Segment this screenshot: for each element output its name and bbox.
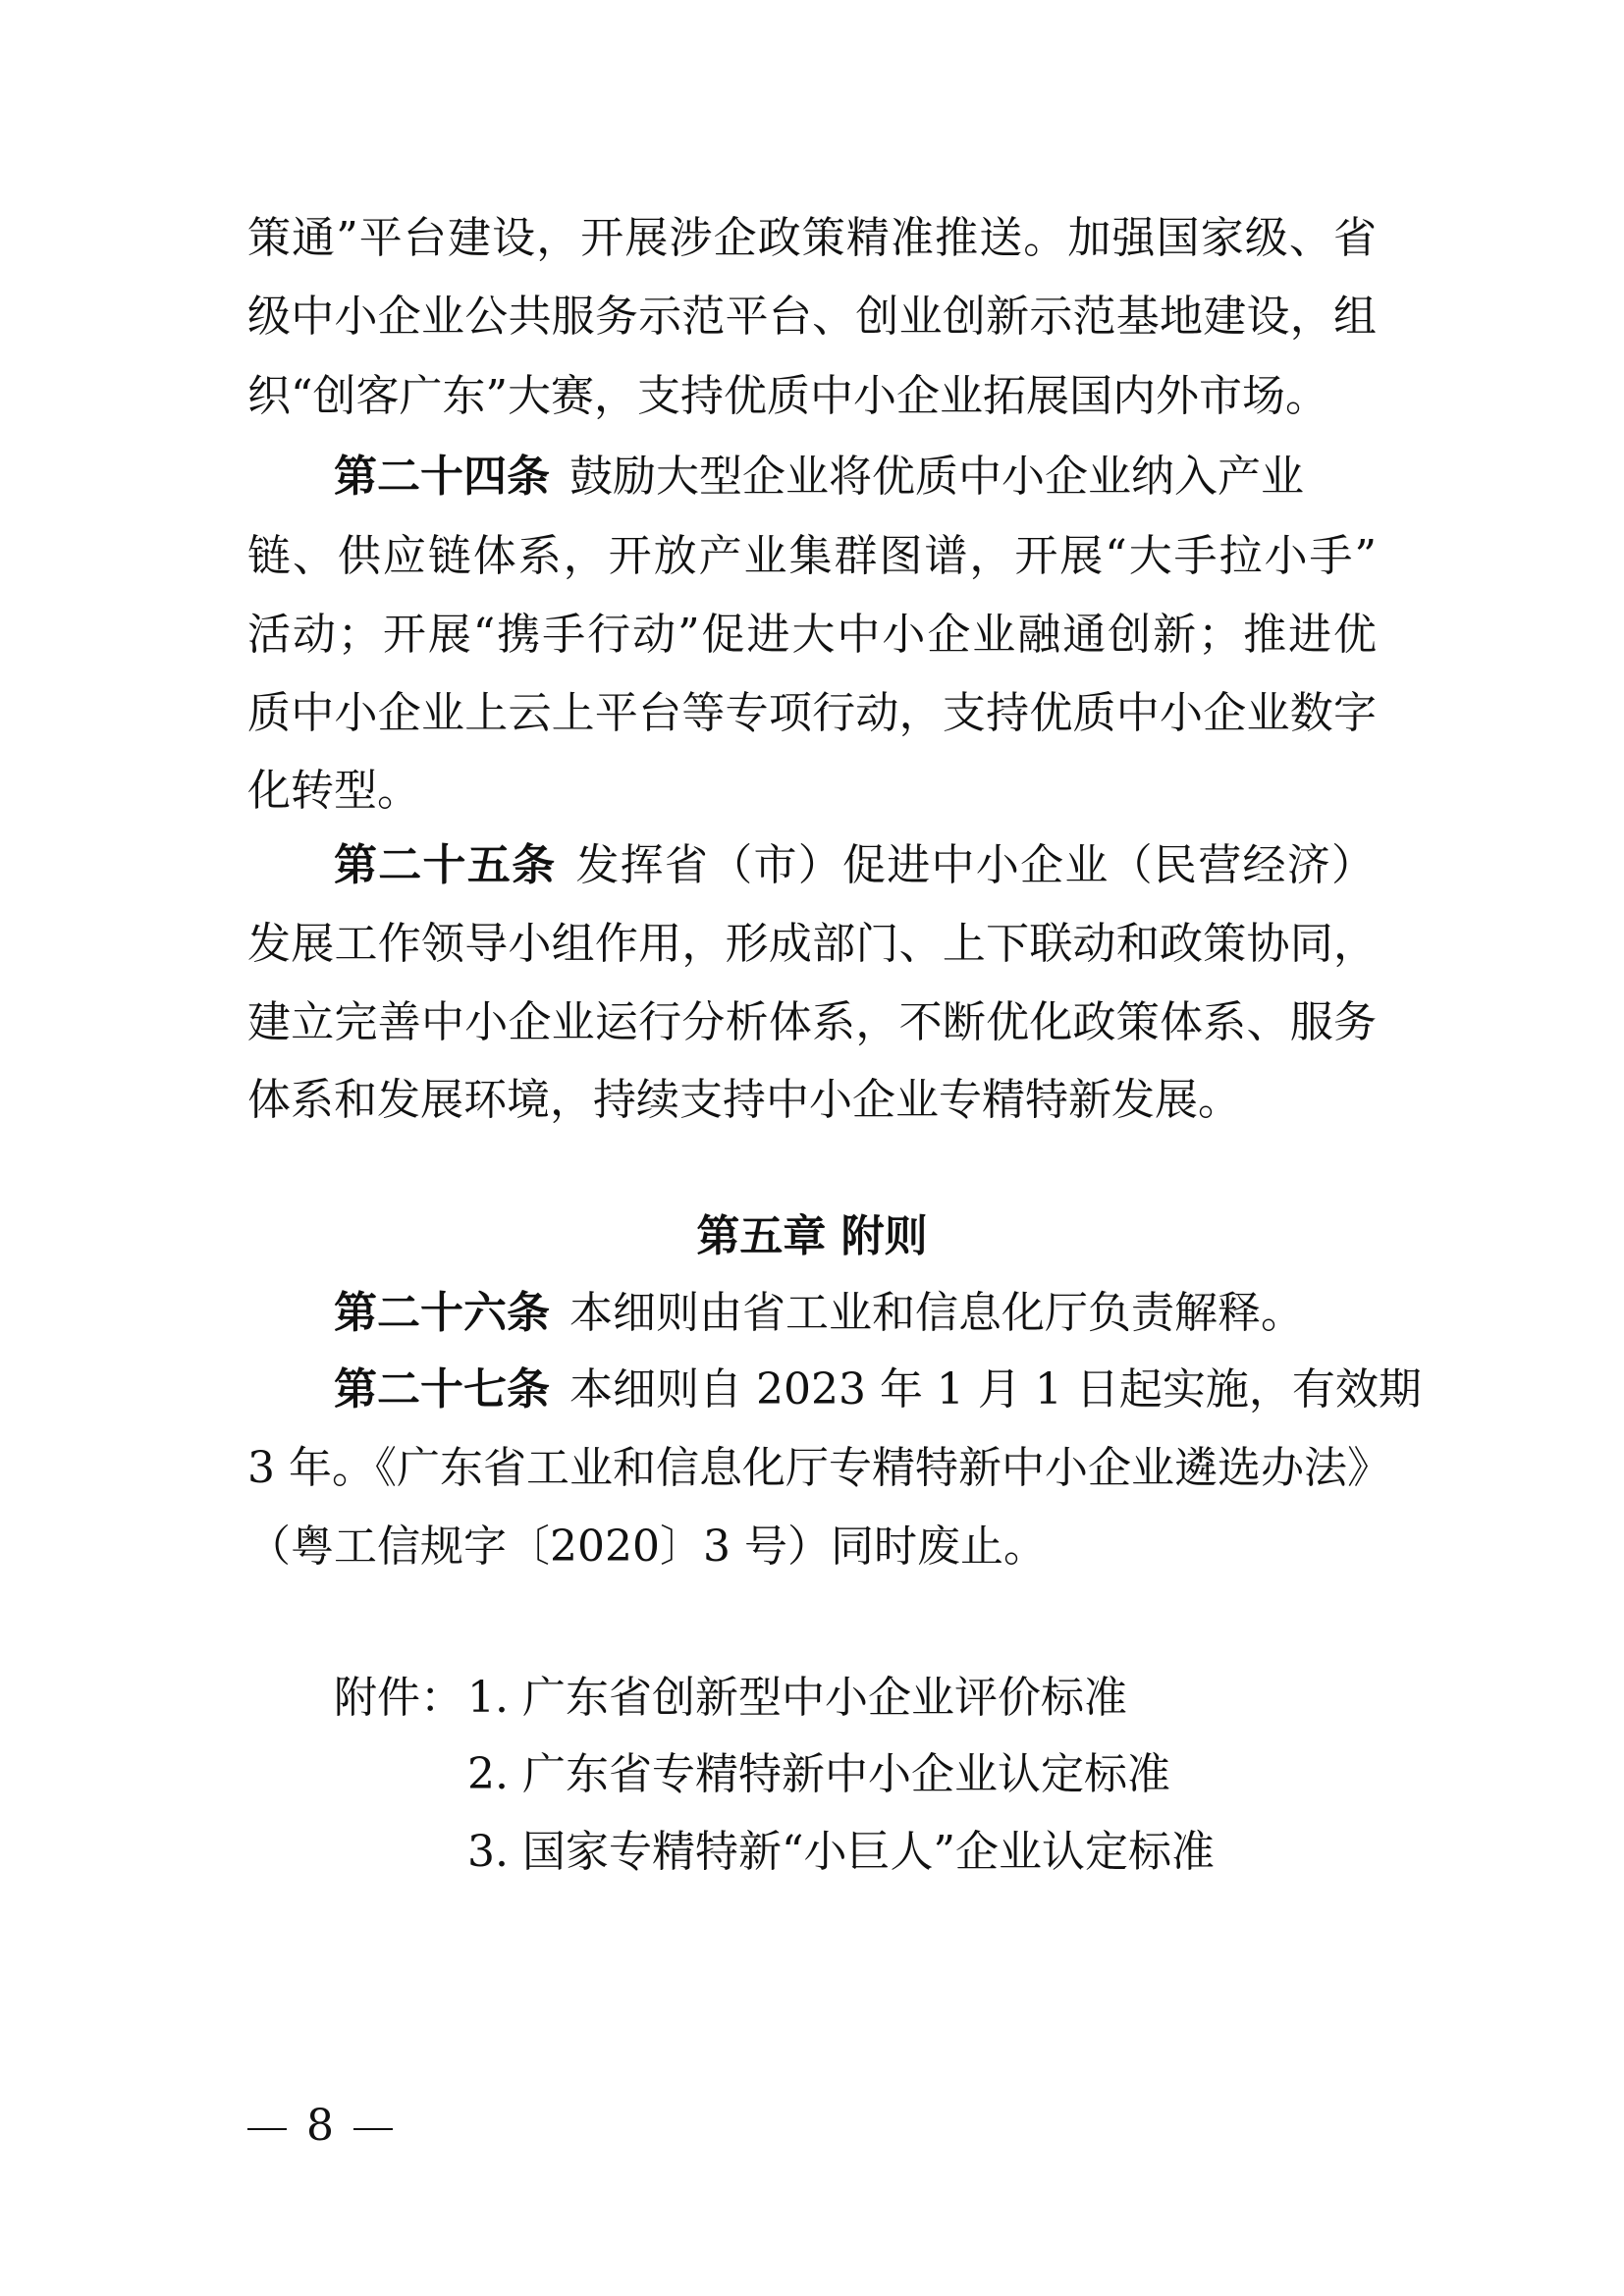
chapter-heading: 第五章 附则 <box>0 1207 1624 1266</box>
paragraph-line: 发展工作领导小组作用，形成部门、上下联动和政策协同， <box>247 915 1377 974</box>
attachments-label: 附件： <box>334 1669 463 1728</box>
article-text: 本细则由省工业和信息化厅负责解释。 <box>569 1288 1304 1338</box>
paragraph-line: 化转型。 <box>247 762 1377 821</box>
dash-right <box>353 2128 393 2130</box>
article-text: 鼓励大型企业将优质中小企业纳入产业 <box>569 452 1304 502</box>
paragraph-line: 链、供应链体系，开放产业集群图谱，开展“大手拉小手” <box>247 527 1377 586</box>
article-24-first-line: 第二十四条鼓励大型企业将优质中小企业纳入产业 <box>334 448 1316 507</box>
article-text: 本细则自 2023 年 1 月 1 日起实施，有效期 <box>569 1364 1422 1415</box>
paragraph-line: 质中小企业上云上平台等专项行动，支持优质中小企业数字 <box>247 684 1377 743</box>
article-label: 第二十七条 <box>334 1364 550 1415</box>
attachment-item: 3. 国家专精特新“小巨人”企业认定标准 <box>467 1823 1215 1882</box>
paragraph-line: 策通”平台建设，开展涉企政策精准推送。加强国家级、省 <box>247 209 1377 268</box>
paragraph-line: 级中小企业公共服务示范平台、创业创新示范基地建设，组 <box>247 288 1377 347</box>
paragraph-line: 建立完善中小企业运行分析体系，不断优化政策体系、服务 <box>247 993 1377 1052</box>
page-number-value: 8 <box>306 2101 334 2151</box>
paragraph-line: 3 年。《广东省工业和信息化厅专精特新中小企业遴选办法》 <box>247 1439 1377 1498</box>
paragraph-line: 织“创客广东”大赛，支持优质中小企业拓展国内外市场。 <box>247 367 1377 426</box>
dash-left <box>247 2128 287 2130</box>
article-27-first-line: 第二十七条本细则自 2023 年 1 月 1 日起实施，有效期 <box>334 1361 1377 1419</box>
attachment-item: 1. 广东省创新型中小企业评价标准 <box>467 1669 1127 1728</box>
article-label: 第二十六条 <box>334 1288 550 1338</box>
article-label: 第二十四条 <box>334 452 550 502</box>
document-page: 策通”平台建设，开展涉企政策精准推送。加强国家级、省 级中小企业公共服务示范平台… <box>0 0 1624 2296</box>
paragraph-line: 体系和发展环境，持续支持中小企业专精特新发展。 <box>247 1071 1377 1130</box>
page-number: 8 <box>247 2097 393 2156</box>
paragraph-line: （粤工信规字〔2020〕3 号）同时废止。 <box>247 1518 1377 1576</box>
attachment-item: 2. 广东省专精特新中小企业认定标准 <box>467 1745 1170 1804</box>
article-25-first-line: 第二十五条发挥省（市）促进中小企业（民营经济） <box>334 836 1375 895</box>
paragraph-line: 活动；开展“携手行动”促进大中小企业融通创新；推进优 <box>247 606 1377 665</box>
article-label: 第二十五条 <box>334 840 556 890</box>
article-26-line: 第二十六条本细则由省工业和信息化厅负责解释。 <box>334 1284 1375 1343</box>
article-text: 发挥省（市）促进中小企业（民营经济） <box>575 840 1375 890</box>
